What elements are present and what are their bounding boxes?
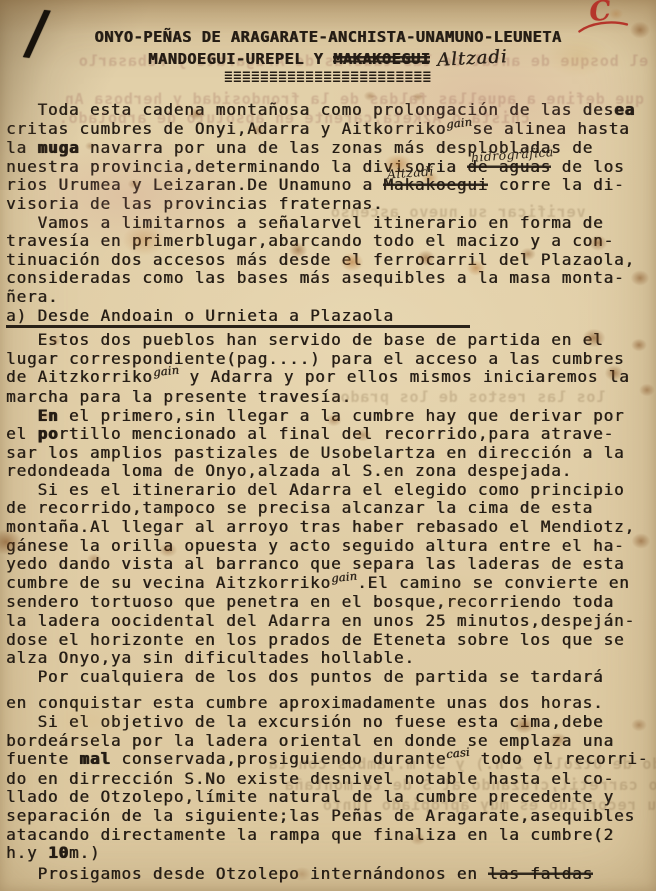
handwritten-correction-altzadi: Altzadi (437, 46, 508, 71)
paragraph-4: En el primero,sin llegar a la cumbre hay… (6, 407, 652, 481)
document-body: Toda esta cadena montañosa como prolonga… (0, 101, 656, 883)
section-heading-a: a) Desde Andoain o Urnieta a Plazaola (6, 307, 652, 326)
handwritten-insertion: gain (330, 567, 358, 588)
handwritten-correction: Altzadi (387, 163, 435, 185)
annotated-text: de aguashidrográfica (467, 158, 551, 177)
typed-text (6, 406, 37, 425)
title-separator: ======================= ================… (0, 72, 656, 84)
overtyped-text: muga (37, 138, 79, 157)
title-line-1: ONYO-PEÑAS DE ARAGARATE-ANCHISTA-UNAMUNO… (0, 27, 656, 48)
typed-text: m.) (69, 843, 100, 862)
handwritten-insertion: gain (445, 112, 473, 133)
handwritten-insertion: gain (152, 361, 180, 382)
typed-text: en conquistar esta cumbre aproximadament… (6, 693, 604, 712)
typed-text: a) Desde Andoain o Urnieta a Plazaola (6, 306, 470, 328)
paragraph-1: Toda esta cadena montañosa como prolonga… (6, 101, 652, 214)
typed-text: Prosigamos desde Otzolepo internándonos … (6, 864, 488, 883)
typed-text: rtillo mencionado al final del recorrido… (6, 424, 625, 480)
typed-text: Vamos a limitarnos a señalarvel itinerar… (6, 213, 635, 306)
struck-text: las faldas (488, 864, 593, 883)
document-title: ONYO-PEÑAS DE ARAGARATE-ANCHISTA-UNAMUNO… (0, 0, 656, 84)
typed-text: critas cumbres de Onyi,Adarra y Aitkorri… (6, 119, 446, 138)
typed-text: conservada,prosiguiendo durante (111, 749, 446, 768)
paragraph-3: Estos dos pueblos han servido de base de… (6, 331, 652, 406)
paragraph-9: Prosigamos desde Otzolepo internándonos … (6, 865, 652, 884)
overtyped-text: ea (614, 100, 635, 119)
typed-text: Por cualquiera de los dos puntos de part… (6, 667, 604, 686)
paragraph-2: Vamos a limitarnos a señalarvel itinerar… (6, 214, 652, 307)
overtyped-text: mal (79, 749, 110, 768)
separator-row: ======================= (0, 78, 656, 84)
overtyped-text: po (37, 424, 58, 443)
paragraph-5: Si es el itinerario del Adarra el elegid… (6, 481, 652, 668)
scanned-document-page: el bosque de antal de las laderas de Ara… (0, 0, 656, 891)
typed-text: Toda esta cadena montañosa como prolonga… (6, 100, 614, 119)
title-struck-word: MAKAKOEGUI (333, 50, 430, 68)
overtyped-text: En (37, 406, 58, 425)
title-line-2-text: MANDOEGUI-UREPEL Y (148, 50, 333, 68)
annotated-text: MakakoeguiAltzadi (383, 176, 488, 195)
paragraph-6: Por cualquiera de los dos puntos de part… (6, 668, 652, 687)
overtyped-text: 10 (48, 843, 69, 862)
paragraph-8: Si el objetivo de la excursión no fuese … (6, 713, 652, 863)
handwritten-insertion: casi (445, 743, 471, 764)
paragraph-7: en conquistar esta cumbre aproximadament… (6, 694, 652, 713)
